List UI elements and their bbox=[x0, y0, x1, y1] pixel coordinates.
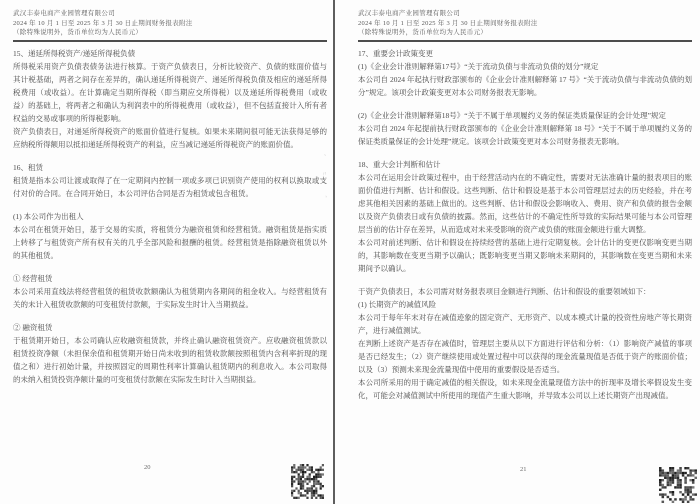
header-divider-rule bbox=[13, 40, 327, 42]
qr-code-stamp bbox=[659, 467, 697, 503]
page-number: 20 bbox=[144, 464, 151, 471]
paragraph-spacer bbox=[358, 275, 692, 285]
paragraph: 本公司在运用会计政策过程中，由于经营活动内在的不确定性，需要对无法准确计量的报表… bbox=[358, 171, 692, 236]
paragraph: 在判断上述资产是否存在减值时，管理层主要从以下方面进行评估和分析：（1）影响资产… bbox=[358, 337, 692, 376]
paragraph: 本公司自 2024 年起提前执行财政部颁布的《企业会计准则解释第 18 号》“关… bbox=[358, 122, 692, 148]
paragraph-spacer bbox=[358, 148, 692, 158]
header-divider-rule bbox=[358, 40, 692, 42]
paragraph: 本公司在租赁开始日，基于交易的实质，将租赁分为融资租赁和经营租赁。融资租赁是指实… bbox=[13, 223, 327, 262]
page-divider-line bbox=[333, 0, 335, 504]
company-name: 武汉丰泰电商产业园管理有限公司 bbox=[13, 9, 327, 19]
scan-artifact-mark: 、 bbox=[324, 193, 332, 201]
scan-artifact-mark: 〃 bbox=[321, 171, 328, 178]
qr-code-stamp bbox=[291, 464, 324, 499]
paragraph: 本公司对前述判断、估计和假设在持续经营的基础上进行定期复核。会计估计的变更仅影响… bbox=[358, 236, 692, 275]
paragraph-spacer bbox=[13, 151, 327, 161]
paragraph: 本公司所采用的用于确定减值的相关假设，如未来现金流量现值方法中的折现率及增长率假… bbox=[358, 376, 692, 402]
paragraph: 资产负债表日，对递延所得税资产的账面价值进行复核。如果未来期间很可能无法获得足够… bbox=[13, 125, 327, 151]
currency-note: （除特殊说明外，货币单位均为人民币元） bbox=[13, 28, 327, 38]
section-heading: 15、递延所得税资产/递延所得税负债 bbox=[13, 47, 327, 60]
paragraph-spacer bbox=[13, 262, 327, 272]
paragraph: 租赁是指本公司让渡或取得了在一定期间内控制一项或多项已识别资产使用的权利以换取或… bbox=[13, 174, 327, 200]
page-body: 15、递延所得税资产/递延所得税负债所得税采用资产负债表债务法进行核算。于资产负… bbox=[13, 47, 327, 386]
page-20: 武汉丰泰电商产业园管理有限公司 2024 年 10 月 1 日至 2025 年 … bbox=[0, 0, 333, 504]
report-period-title: 2024 年 10 月 1 日至 2025 年 3 月 30 日止期间财务报表附… bbox=[358, 19, 692, 29]
company-name: 武汉丰泰电商产业园管理有限公司 bbox=[358, 9, 692, 19]
scan-artifact-mark: 、 bbox=[323, 151, 331, 159]
paragraph-spacer bbox=[13, 311, 327, 321]
currency-note: （除特殊说明外，货币单位均为人民币元） bbox=[358, 28, 692, 38]
report-period-title: 2024 年 10 月 1 日至 2025 年 3 月 30 日止期间财务报表附… bbox=[13, 19, 327, 29]
scanned-document: 武汉丰泰电商产业园管理有限公司 2024 年 10 月 1 日至 2025 年 … bbox=[0, 0, 700, 504]
page-header: 武汉丰泰电商产业园管理有限公司 2024 年 10 月 1 日至 2025 年 … bbox=[13, 9, 327, 38]
page-21: 武汉丰泰电商产业园管理有限公司 2024 年 10 月 1 日至 2025 年 … bbox=[336, 0, 700, 504]
page-body: 17、重要会计政策变更(1)《企业会计准则解释第17号》“关于流动负债与非流动负… bbox=[358, 47, 692, 402]
page-number: 21 bbox=[520, 466, 527, 473]
page-header: 武汉丰泰电商产业园管理有限公司 2024 年 10 月 1 日至 2025 年 … bbox=[358, 9, 692, 38]
section-heading: (2)《企业会计准则解释第18号》“关于不属于单项履约义务的保证类质量保证的会计… bbox=[358, 109, 692, 122]
section-heading: (1) 长期资产的减值风险 bbox=[358, 298, 692, 311]
paragraph: 本公司采用直线法将经营租赁的租赁收款额确认为租赁期内各期间的租金收入。与经营租赁… bbox=[13, 285, 327, 311]
section-heading: ① 经营租赁 bbox=[13, 272, 327, 285]
paragraph-spacer bbox=[13, 200, 327, 210]
section-heading: 16、租赁 bbox=[13, 161, 327, 174]
paragraph: 本公司于每年年末对存在减值迹象的固定资产、无形资产、以成本模式计量的投资性房地产… bbox=[358, 311, 692, 337]
paragraph-spacer bbox=[358, 99, 692, 109]
paragraph: 于租赁期开始日，本公司确认应收融资租赁款，并终止确认融资租赁资产。应收融资租赁款… bbox=[13, 334, 327, 386]
section-heading: 17、重要会计政策变更 bbox=[358, 47, 692, 60]
section-heading: (1) 本公司作为出租人 bbox=[13, 210, 327, 223]
paragraph: 本公司自 2024 年起执行财政部颁布的《企业会计准则解释第 17 号》“关于流… bbox=[358, 73, 692, 99]
section-heading: (1)《企业会计准则解释第17号》“关于流动负债与非流动负债的划分”规定 bbox=[358, 60, 692, 73]
section-heading: ② 融资租赁 bbox=[13, 321, 327, 334]
section-heading: 18、重大会计判断和估计 bbox=[358, 158, 692, 171]
scan-artifact: 、 〃 、 bbox=[322, 150, 331, 210]
paragraph: 于资产负债表日，本公司需对财务报表项目金额进行判断、估计和假设的重要领域如下： bbox=[358, 285, 692, 298]
paragraph: 所得税采用资产负债表债务法进行核算。于资产负债表日，分析比较资产、负债的账面价值… bbox=[13, 60, 327, 125]
